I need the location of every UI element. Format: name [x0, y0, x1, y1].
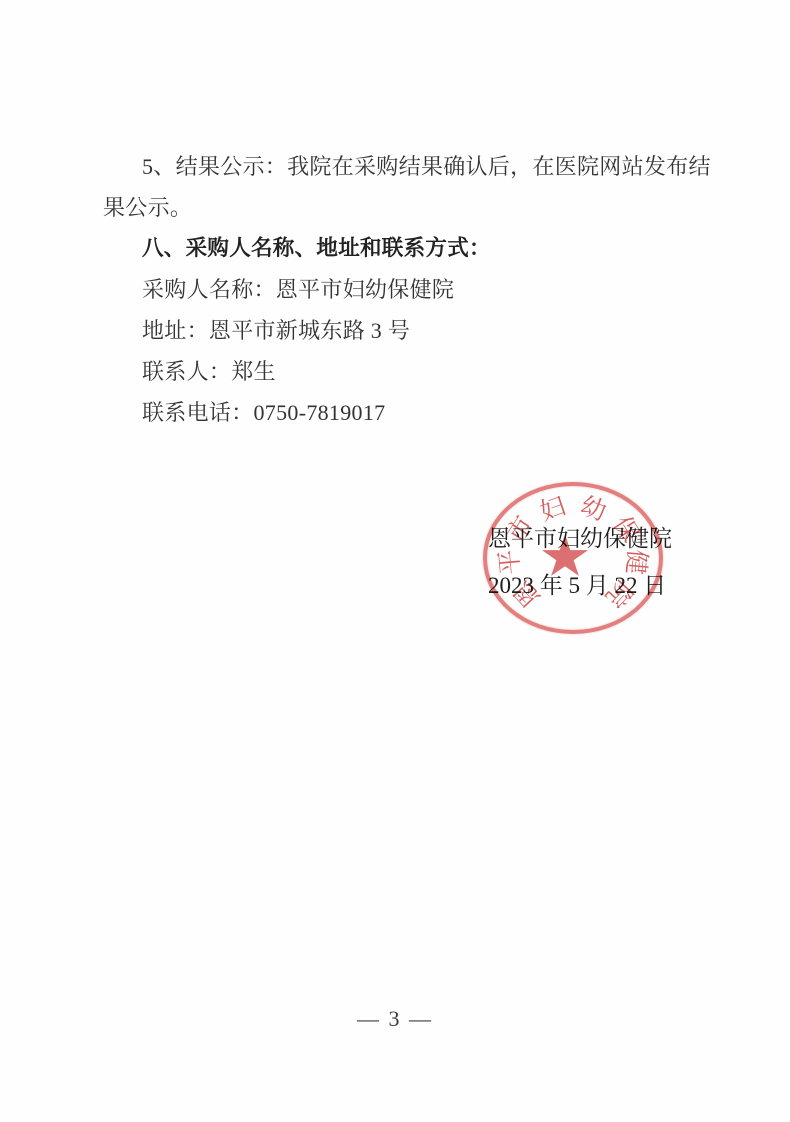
paragraph-result-announcement-line1: 5、结果公示：我院在采购结果确认后，在医院网站发布结: [103, 146, 709, 187]
purchaser-name-line: 采购人名称：恩平市妇幼保健院: [103, 269, 709, 310]
seal-ring-char: 平: [496, 547, 526, 577]
document-body: 5、结果公示：我院在采购结果确认后，在医院网站发布结 果公示。 八、采购人名称、…: [103, 146, 709, 433]
seal-ring-char: 健: [620, 547, 650, 577]
section-heading-purchaser-info: 八、采购人名称、地址和联系方式：: [103, 228, 709, 269]
contact-phone-line: 联系电话：0750-7819017: [103, 392, 709, 433]
paragraph-result-announcement-line2: 果公示。: [103, 187, 709, 228]
official-seal: 恩平市妇幼保健院: [473, 468, 673, 652]
page-number: — 3 —: [0, 1006, 790, 1032]
address-line: 地址：恩平市新城东路 3 号: [103, 310, 709, 351]
contact-person-line: 联系人：郑生: [103, 351, 709, 392]
document-page: 5、结果公示：我院在采购结果确认后，在医院网站发布结 果公示。 八、采购人名称、…: [0, 0, 790, 1122]
